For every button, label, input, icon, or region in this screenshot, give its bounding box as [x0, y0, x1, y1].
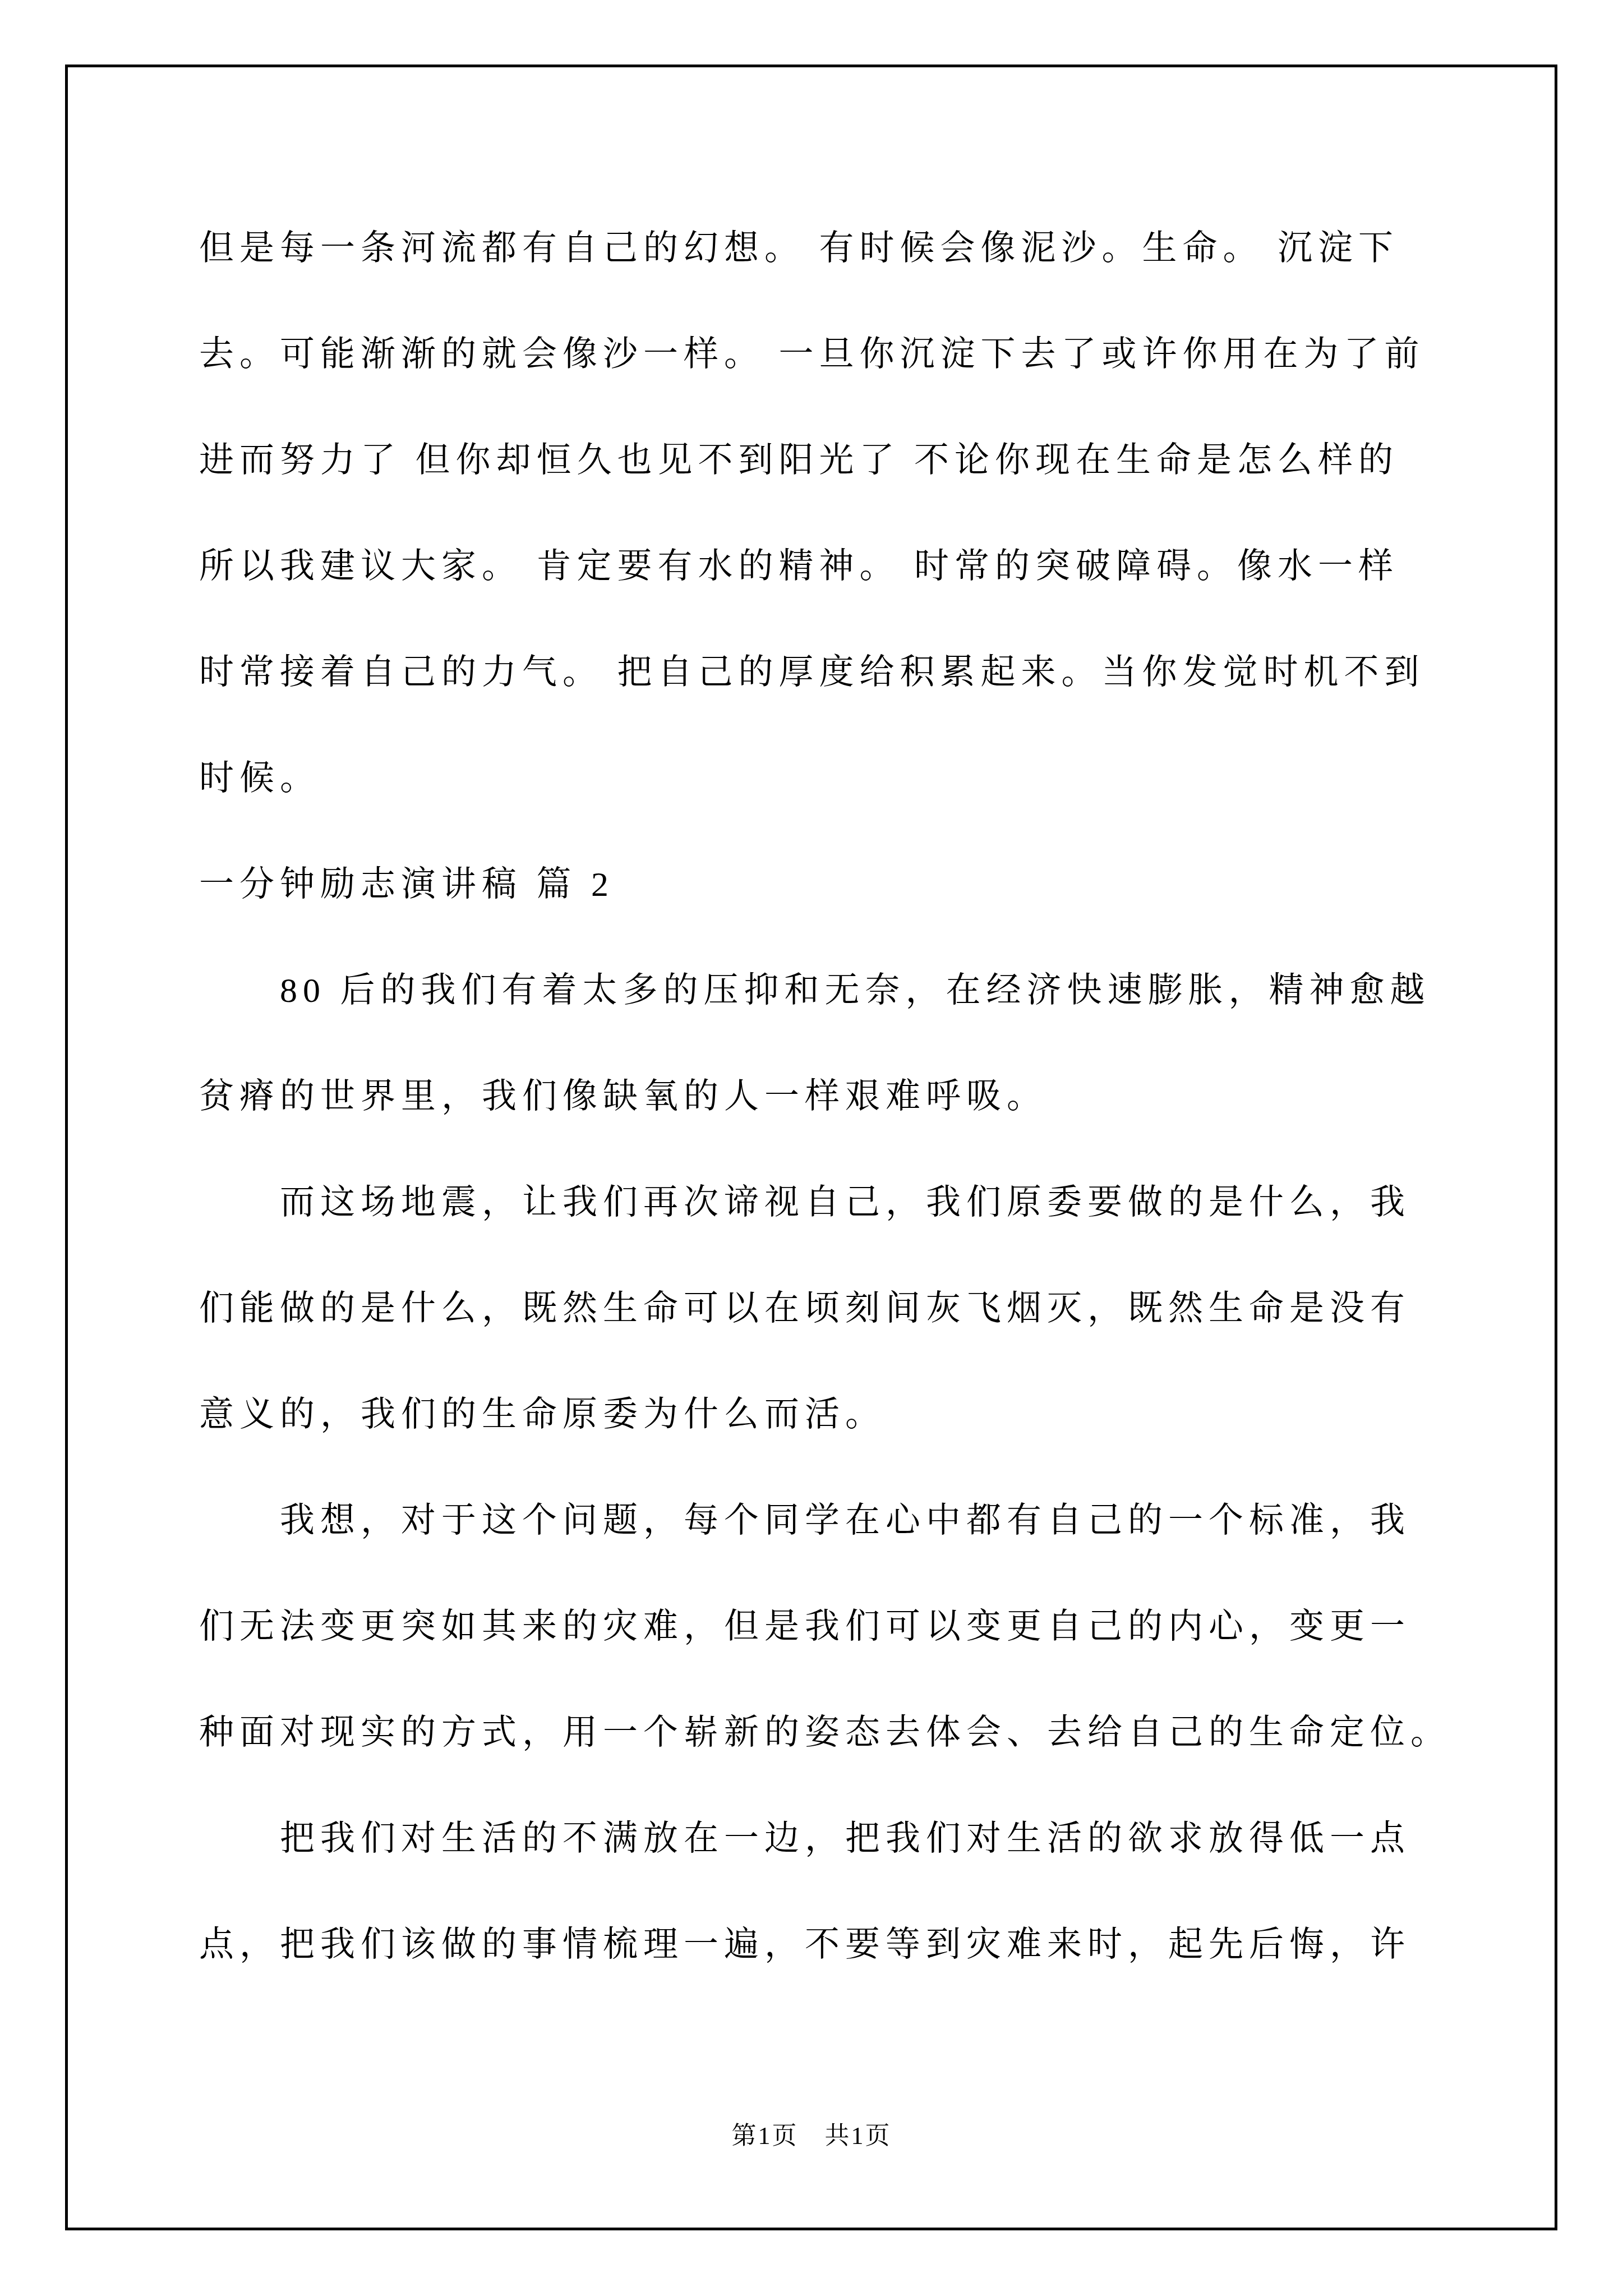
text-line: 把我们对生活的不满放在一边，把我们对生活的欲求放得低一点	[199, 1786, 1428, 1892]
text-line: 种面对现实的方式，用一个崭新的姿态去体会、去给自己的生命定位。	[199, 1680, 1428, 1786]
text-line: 点，把我们该做的事情梳理一遍，不要等到灾难来时，起先后悔，许	[199, 1892, 1428, 1998]
document-body: 但是每一条河流都有自己的幻想。 有时候会像泥沙。生命。 沉淀下去。可能渐渐的就会…	[199, 196, 1428, 1998]
text-line: 但是每一条河流都有自己的幻想。 有时候会像泥沙。生命。 沉淀下	[199, 196, 1428, 302]
text-line: 去。可能渐渐的就会像沙一样。 一旦你沉淀下去了或许你用在为了前	[199, 302, 1428, 408]
document-page: 但是每一条河流都有自己的幻想。 有时候会像泥沙。生命。 沉淀下去。可能渐渐的就会…	[0, 0, 1623, 2296]
text-line: 我想，对于这个问题，每个同学在心中都有自己的一个标准，我	[199, 1468, 1428, 1574]
text-line: 意义的，我们的生命原委为什么而活。	[199, 1362, 1428, 1468]
text-line: 80 后的我们有着太多的压抑和无奈，在经济快速膨胀，精神愈越	[199, 938, 1428, 1044]
text-line: 们能做的是什么，既然生命可以在顷刻间灰飞烟灭，既然生命是没有	[199, 1256, 1428, 1362]
page-footer: 第1页 共1页	[0, 2119, 1623, 2153]
section-title: 一分钟励志演讲稿 篇 2	[199, 832, 1428, 938]
text-line: 进而努力了 但你却恒久也见不到阳光了 不论你现在生命是怎么样的	[199, 408, 1428, 514]
text-line: 而这场地震，让我们再次谛视自己，我们原委要做的是什么，我	[199, 1150, 1428, 1256]
text-line: 时候。	[199, 726, 1428, 832]
text-line: 贫瘠的世界里，我们像缺氧的人一样艰难呼吸。	[199, 1044, 1428, 1150]
text-line: 所以我建议大家。 肯定要有水的精神。 时常的突破障碍。像水一样	[199, 514, 1428, 620]
text-line: 时常接着自己的力气。 把自己的厚度给积累起来。当你发觉时机不到	[199, 620, 1428, 726]
text-line: 们无法变更突如其来的灾难，但是我们可以变更自己的内心，变更一	[199, 1574, 1428, 1680]
